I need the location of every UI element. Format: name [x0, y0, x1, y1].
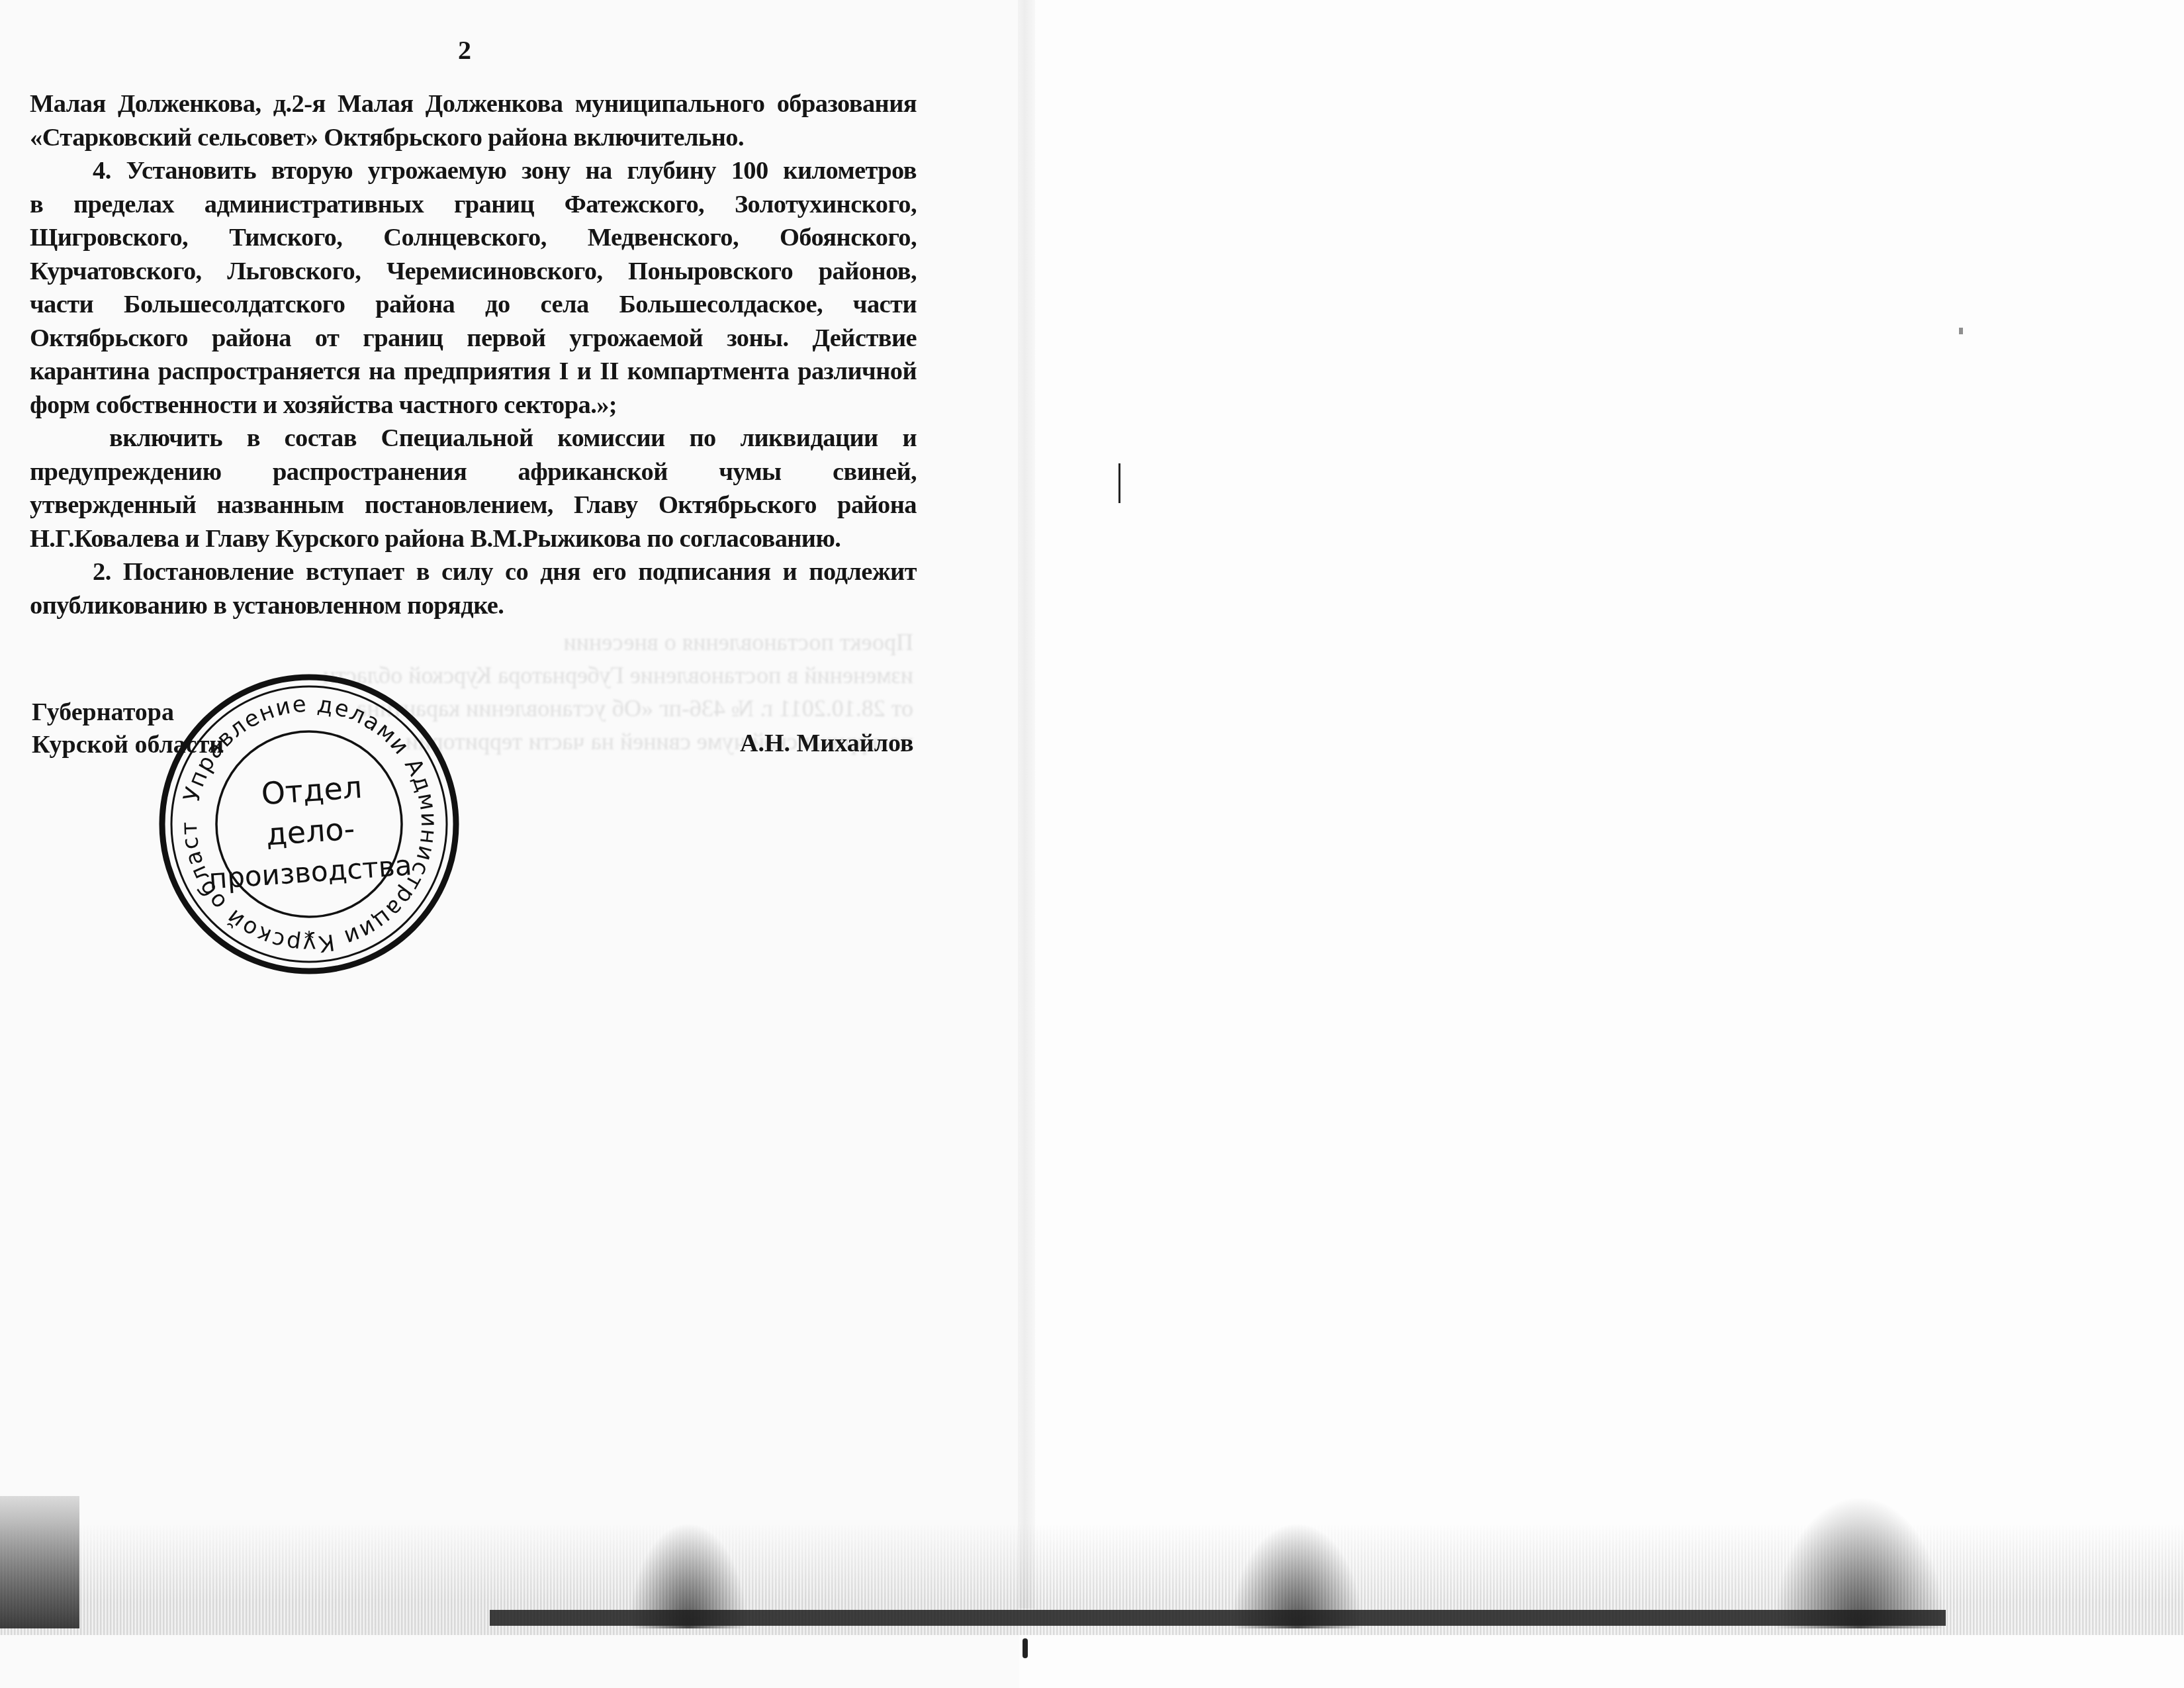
- scanner-noise-blob: [1774, 1496, 1946, 1628]
- svg-text:дело-: дело-: [265, 810, 356, 852]
- official-stamp: Управление делами Администрации Курской …: [154, 669, 465, 980]
- stamp-seal-icon: Управление делами Администрации Курской …: [154, 669, 465, 980]
- body-line: форм собственности и хозяйства частного …: [30, 389, 917, 422]
- paragraph-2-start: 2. Постановление вступает в силу со дня …: [30, 555, 917, 589]
- body-line: опубликованию в установленном порядке.: [30, 589, 917, 623]
- page-number: 2: [458, 34, 471, 66]
- body-line: утвержденный названным постановлением, Г…: [30, 489, 917, 522]
- scanner-noise-left: [0, 1496, 79, 1628]
- right-page-blank: [1019, 0, 2184, 1688]
- signatory-name: А.Н. Михайлов: [740, 729, 914, 758]
- svg-text:Управление делами Администраци: Управление делами Администрации Курской …: [154, 669, 442, 957]
- svg-text:*: *: [304, 927, 314, 951]
- scanner-dark-line: [490, 1610, 1946, 1626]
- body-line: «Старковский сельсовет» Октябрьского рай…: [30, 121, 917, 155]
- body-line: предупреждению распространения африканск…: [30, 455, 917, 489]
- svg-text:производства: производства: [208, 849, 413, 895]
- body-line: Октябрьского района от границ первой угр…: [30, 322, 917, 355]
- body-line: Щигровского, Тимского, Солнцевского, Мед…: [30, 221, 917, 255]
- body-line: Малая Долженкова, д.2-я Малая Долженкова…: [30, 87, 917, 121]
- paragraph-include-start: включить в состав Специальной комиссии п…: [30, 422, 917, 455]
- svg-text:Отдел: Отдел: [260, 769, 363, 812]
- body-line: Н.Г.Ковалева и Главу Курского района В.М…: [30, 522, 917, 556]
- body-line: части Большесолдатского района до села Б…: [30, 288, 917, 322]
- scan-mark: [1118, 463, 1120, 503]
- scan-mark: [1023, 1638, 1028, 1658]
- page-fold: [1018, 0, 1035, 1609]
- body-line: в пределах административных границ Фатеж…: [30, 188, 917, 222]
- paragraph-4-start: 4. Установить вторую угрожаемую зону на …: [30, 154, 917, 188]
- body-line: карантина распространяется на предприяти…: [30, 355, 917, 389]
- scan-mark: [1959, 328, 1963, 334]
- document-body: Малая Долженкова, д.2-я Малая Долженкова…: [30, 87, 917, 622]
- body-line: Курчатовского, Льговского, Черемисиновск…: [30, 255, 917, 289]
